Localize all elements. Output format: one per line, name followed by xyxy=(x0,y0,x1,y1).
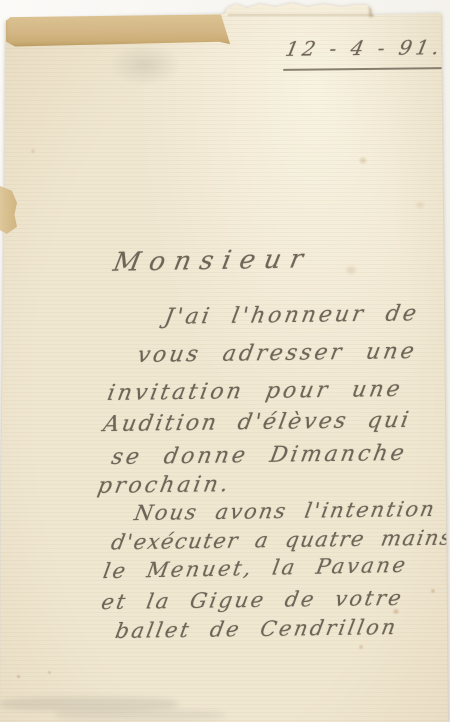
torn-corner-step-shadow xyxy=(369,5,373,17)
foxing-spot xyxy=(16,674,21,679)
letter-date: 12 - 4 - 91. xyxy=(283,35,445,61)
bottom-smudge xyxy=(55,710,225,720)
foxing-spot xyxy=(344,264,358,276)
handwriting-line: J'ai l'honneur de xyxy=(162,301,421,330)
foxing-spot xyxy=(47,670,52,675)
handwriting-line: prochain. xyxy=(96,472,234,499)
handwriting-line: et la Gigue de votre xyxy=(99,586,405,614)
handwriting-line: d'exécuter a quatre mains xyxy=(109,526,450,555)
handwriting-line: le Menuet, la Pavane xyxy=(101,553,409,583)
erased-pencil-mark xyxy=(108,44,182,86)
date-underline xyxy=(283,67,445,71)
bottom-smudge xyxy=(0,697,178,711)
handwriting-line: Audition d'élèves qui xyxy=(101,408,412,437)
letter-salutation: Monsieur xyxy=(111,244,315,277)
foxing-spot xyxy=(30,148,36,154)
handwriting-line: Nous avons l'intention xyxy=(132,497,438,525)
handwriting-line: invitation pour une xyxy=(105,377,405,406)
foxing-spot xyxy=(358,156,368,165)
torn-edge-shadow xyxy=(228,14,374,16)
handwriting-line: ballet de Cendrillon xyxy=(113,615,399,643)
scanned-letter-photo: 12 - 4 - 91. Monsieur J'ai l'honneur de … xyxy=(0,0,450,722)
letter-paper-wrap: 12 - 4 - 91. Monsieur J'ai l'honneur de … xyxy=(0,0,450,722)
foxing-spot xyxy=(414,200,426,210)
foxing-spot xyxy=(358,644,364,650)
letter-paper: 12 - 4 - 91. Monsieur J'ai l'honneur de … xyxy=(0,0,450,722)
tape-strip xyxy=(6,14,230,46)
foxing-spot xyxy=(430,588,436,594)
handwriting-line: se donne Dimanche xyxy=(109,441,409,470)
handwriting-line: vous adresser une xyxy=(135,339,419,368)
